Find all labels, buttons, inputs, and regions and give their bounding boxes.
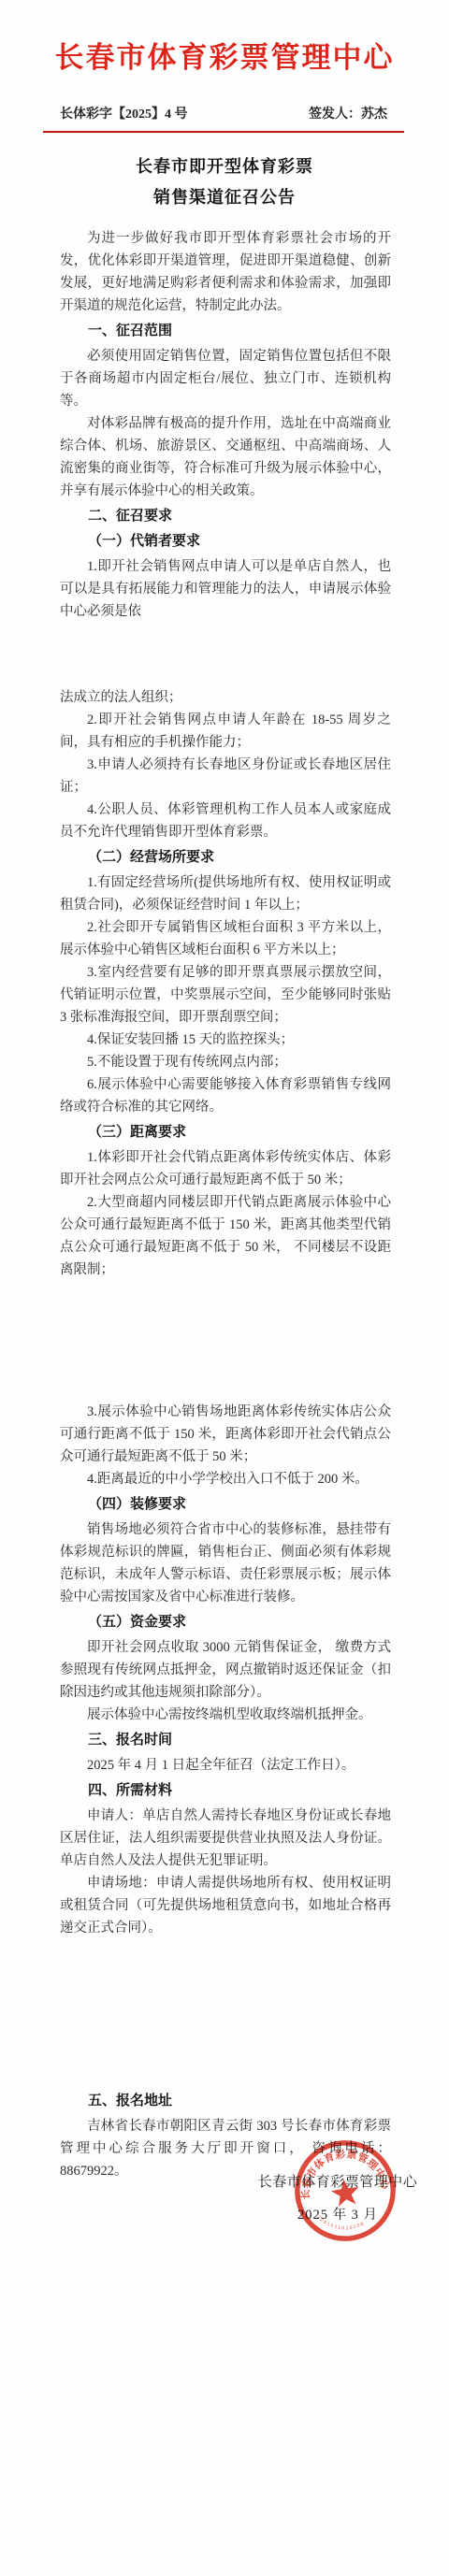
paragraph: 对体彩品牌有极高的提升作用，选址在中高端商业综合体、机场、旅游景区、交通枢纽、中… xyxy=(60,412,391,502)
paragraph: 2025 年 4 月 1 日起全年征召（法定工作日）。 xyxy=(60,1754,391,1777)
paragraph: 2.即开社会销售网点申请人年龄在 18-55 周岁之间，具有相应的手机操作能力； xyxy=(60,709,391,754)
star-icon xyxy=(329,2177,361,2207)
paragraph: 5.不能设置于现有传统网点内部； xyxy=(60,1051,391,1073)
paragraph: 2.社会即开专属销售区域柜台面积 3 平方米以上，展示体验中心销售区域柜台面积 … xyxy=(60,916,391,961)
paragraph: 销售场地必须符合省市中心的装修标准，悬挂带有体彩规范标识的牌匾，销售柜台正、侧面… xyxy=(60,1518,391,1608)
paragraph: 必须使用固定销售位置，固定销售位置包括但不限于各商场超市内固定柜台/展位、独立门… xyxy=(60,345,391,412)
paragraph: 法成立的法人组织； xyxy=(60,686,391,709)
document-page: 长春市体育彩票管理中心 长体彩字【2025】4 号 签发人：苏杰 长春市即开型体… xyxy=(0,0,449,2576)
section-heading: 四、所需材料 xyxy=(60,1779,391,1802)
paragraph: 3.申请人必须持有长春地区身份证或长春地区居住证； xyxy=(60,754,391,799)
paragraph: 3.室内经营要有足够的即开票真票展示摆放空间，代销证明示位置，中奖票展示空间，至… xyxy=(60,961,391,1029)
sub-heading: （四）装修要求 xyxy=(60,1493,391,1516)
doc-title-line1: 长春市即开型体育彩票 xyxy=(0,151,449,182)
doc-number: 长体彩字【2025】4 号 xyxy=(60,104,188,122)
doc-title: 长春市即开型体育彩票 销售渠道征召公告 xyxy=(0,151,449,213)
paragraph: 即开社会网点收取 3000 元销售保证金， 缴费方式参照现有传统网点抵押金，网点… xyxy=(60,1636,391,1704)
paragraph: 4.距离最近的中小学学校出入口不低于 200 米。 xyxy=(60,1468,391,1490)
paragraph: 展示体验中心需按终端机型收取终端机抵押金。 xyxy=(60,1704,391,1726)
section-heading: 三、报名时间 xyxy=(60,1729,391,1751)
document-body: 为进一步做好我市即开型体育彩票社会市场的开发，优化体彩即开渠道管理，促进即开渠道… xyxy=(60,227,391,2182)
signer-label: 签发人：苏杰 xyxy=(309,104,387,122)
section-heading: 二、征召要求 xyxy=(60,505,391,527)
paragraph: 申请人：单店自然人需持长春地区身份证或长春地区居住证，法人组织需要提供营业执照及… xyxy=(60,1805,391,1872)
page-break-gap xyxy=(60,1939,391,2087)
org-title: 长春市体育彩票管理中心 xyxy=(0,0,449,76)
header-divider xyxy=(43,131,404,133)
sub-heading: （三）距离要求 xyxy=(60,1121,391,1144)
paragraph: 1.即开社会销售网点申请人可以是单店自然人，也可以是具有拓展能力和管理能力的法人… xyxy=(60,555,391,623)
section-heading: 五、报名地址 xyxy=(60,2090,391,2112)
paragraph: 2.大型商超内同楼层即开代销点距离展示体验中心公众可通行最短距离不低于 150 … xyxy=(60,1191,391,1281)
official-seal-stamp: 长春市体育彩票管理中心 2201011010208 xyxy=(282,2128,407,2252)
page-break-gap xyxy=(60,1281,391,1401)
paragraph: 3.展示体验中心销售场地距离体彩传统实体店公众可通行距离不低于 150 米，距离… xyxy=(60,1401,391,1468)
sub-heading: （五）资金要求 xyxy=(60,1611,391,1633)
doc-title-line2: 销售渠道征召公告 xyxy=(0,182,449,213)
paragraph: 为进一步做好我市即开型体育彩票社会市场的开发，优化体彩即开渠道管理，促进即开渠道… xyxy=(60,227,391,317)
paragraph: 6.展示体验中心需要能够接入体育彩票销售专线网络或符合标准的其它网络。 xyxy=(60,1073,391,1118)
sub-heading: （二）经营场所要求 xyxy=(60,846,391,869)
section-heading: 一、征召范围 xyxy=(60,320,391,342)
paragraph: 1.有固定经营场所(提供场地所有权、使用权证明或租赁合同)，必须保证经营时间 1… xyxy=(60,871,391,916)
paragraph: 1.体彩即开社会代销点距离体彩传统实体店、体彩即开社会网点公众可通行最短距离不低… xyxy=(60,1146,391,1191)
paragraph: 4.公职人员、体彩管理机构工作人员本人或家庭成员不允许代理销售即开型体育彩票。 xyxy=(60,799,391,843)
sub-heading: （一）代销者要求 xyxy=(60,530,391,553)
doc-meta-row: 长体彩字【2025】4 号 签发人：苏杰 xyxy=(60,104,387,122)
paragraph: 申请场地：申请人需提供场地所有权、使用权证明或租赁合同（可先提供场地租赁意向书，… xyxy=(60,1872,391,1939)
page-break-gap xyxy=(60,623,391,686)
paragraph: 4.保证安装回播 15 天的监控探头； xyxy=(60,1029,391,1051)
